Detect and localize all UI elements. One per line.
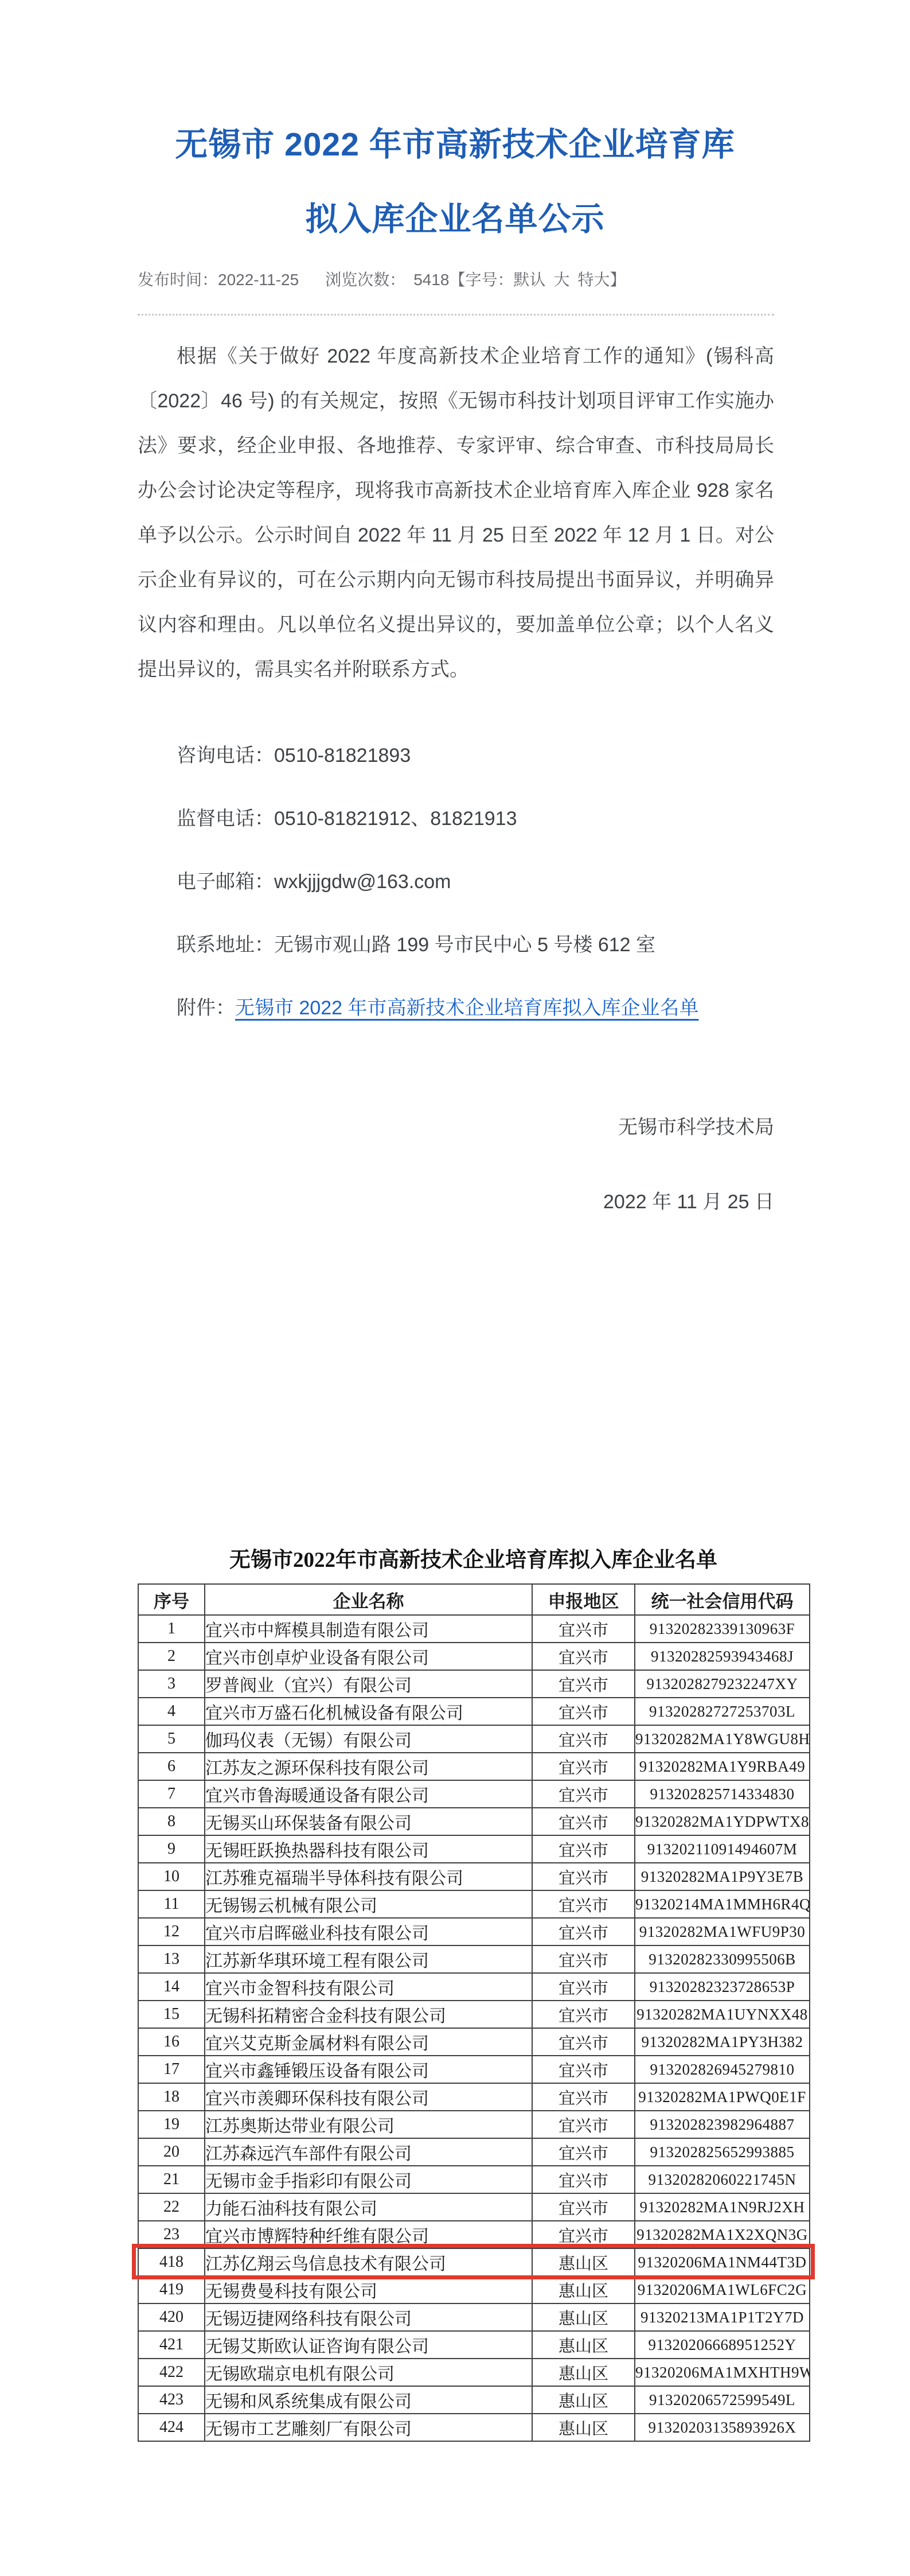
credit-code-cell: 91320282MA1Y8WGU8H	[635, 1725, 810, 1753]
company-name-cell: 宜兴市中辉模具制造有限公司	[205, 1615, 532, 1643]
row-index-cell: 421	[138, 2331, 205, 2359]
page-title-line2: 拟入库企业名单公示	[0, 182, 910, 256]
row-index-cell: 17	[138, 2056, 205, 2083]
region-cell: 宜兴市	[532, 1890, 635, 1918]
table-row: 421 无锡艾斯欧认证咨询有限公司 惠山区 91320206668951252Y	[138, 2331, 810, 2359]
region-cell: 宜兴市	[532, 2138, 635, 2166]
attachment-link[interactable]: 无锡市 2022 年市高新技术企业培育库拟入库企业名单	[235, 997, 699, 1019]
row-index-cell: 19	[138, 2111, 205, 2138]
header-region: 申报地区	[532, 1584, 635, 1615]
credit-code-cell: 913202825714334830	[635, 1780, 810, 1808]
credit-code-cell: 91320213MA1P1T2Y7D	[635, 2303, 810, 2331]
credit-code-cell: 91320214MA1MMH6R4Q	[635, 1890, 810, 1918]
credit-code-cell: 91320282593943468J	[635, 1643, 810, 1670]
row-index-cell: 2	[138, 1643, 205, 1670]
table-row: 3 罗普阀业（宜兴）有限公司 宜兴市 9132028279232247XY	[138, 1670, 810, 1698]
company-name-cell: 无锡市工艺雕刻厂有限公司	[205, 2414, 532, 2441]
table-row: 19 江苏奥斯达带业有限公司 宜兴市 913202823982964887	[138, 2111, 810, 2138]
table-row: 16 宜兴艾克斯金属材料有限公司 宜兴市 91320282MA1PY3H382	[138, 2028, 810, 2056]
table-row: 20 江苏森远汽车部件有限公司 宜兴市 913202825652993885	[138, 2138, 810, 2166]
table-row: 418 江苏亿翔云鸟信息技术有限公司 惠山区 91320206MA1NM44T3…	[138, 2248, 810, 2276]
credit-code-cell: 91320206668951252Y	[635, 2331, 810, 2359]
table-row: 15 无锡科拓精密合金科技有限公司 宜兴市 91320282MA1UYNXX48	[138, 2001, 810, 2028]
region-cell: 宜兴市	[532, 1808, 635, 1835]
region-cell: 宜兴市	[532, 1780, 635, 1808]
company-name-cell: 宜兴市鲁海暖通设备有限公司	[205, 1780, 532, 1808]
region-cell: 惠山区	[532, 2331, 635, 2359]
font-size-switcher: 【字号：默认大特大】	[449, 271, 626, 289]
table-row: 424 无锡市工艺雕刻厂有限公司 惠山区 91320203135893926X	[138, 2414, 810, 2441]
address-line: 联系地址：无锡市观山路 199 号市民中心 5 号楼 612 室	[138, 923, 774, 967]
publish-time-label: 发布时间：	[138, 271, 218, 289]
table-row: 23 宜兴市博辉特种纤维有限公司 宜兴市 91320282MA1X2XQN3G	[138, 2221, 810, 2248]
row-index-cell: 7	[138, 1780, 205, 1808]
credit-code-cell: 91320282MA1WFU9P30	[635, 1918, 810, 1945]
table-row: 420 无锡迈捷网络科技有限公司 惠山区 91320213MA1P1T2Y7D	[138, 2303, 810, 2331]
header-row: 序号 企业名称 申报地区 统一社会信用代码	[138, 1584, 810, 1615]
company-name-cell: 宜兴市金智科技有限公司	[205, 1973, 532, 2001]
region-cell: 宜兴市	[532, 1835, 635, 1863]
row-index-cell: 419	[138, 2276, 205, 2303]
header-credit-code: 统一社会信用代码	[635, 1584, 810, 1615]
page-title-line1: 无锡市 2022 年市高新技术企业培育库	[0, 107, 910, 182]
region-cell: 宜兴市	[532, 1670, 635, 1698]
credit-code-cell: 91320203135893926X	[635, 2414, 810, 2441]
view-count: 浏览次数：5418	[325, 271, 449, 289]
row-index-cell: 424	[138, 2414, 205, 2441]
region-cell: 宜兴市	[532, 2001, 635, 2028]
credit-code-cell: 91320282727253703L	[635, 1698, 810, 1725]
announcement-paragraph: 根据《关于做好 2022 年度高新技术企业培育工作的通知》(锡科高〔2022〕4…	[138, 334, 774, 692]
company-name-cell: 江苏友之源环保科技有限公司	[205, 1753, 532, 1780]
table-title: 无锡市2022年市高新技术企业培育库拟入库企业名单	[138, 1546, 809, 1575]
region-cell: 宜兴市	[532, 2083, 635, 2111]
company-name-cell: 罗普阀业（宜兴）有限公司	[205, 1670, 532, 1698]
supervise-phone-line: 监督电话：0510-81821912、81821913	[138, 796, 774, 841]
credit-code-cell: 91320282MA1P9Y3E7B	[635, 1863, 810, 1890]
company-name-cell: 江苏亿翔云鸟信息技术有限公司	[205, 2248, 532, 2276]
row-index-cell: 6	[138, 1753, 205, 1780]
company-table-body: 1 宜兴市中辉模具制造有限公司 宜兴市 91320282339130963F 2…	[138, 1615, 810, 2441]
row-index-cell: 18	[138, 2083, 205, 2111]
header-company: 企业名称	[205, 1584, 532, 1615]
view-count-value: 5418	[413, 271, 449, 289]
region-cell: 宜兴市	[532, 1753, 635, 1780]
company-name-cell: 无锡费曼科技有限公司	[205, 2276, 532, 2303]
table-row: 5 伽玛仪表（无锡）有限公司 宜兴市 91320282MA1Y8WGU8H	[138, 1725, 810, 1753]
row-index-cell: 422	[138, 2359, 205, 2386]
credit-code-cell: 91320282MA1UYNXX48	[635, 2001, 810, 2028]
credit-code-cell: 91320282323728653P	[635, 1973, 810, 2001]
region-cell: 宜兴市	[532, 2193, 635, 2221]
company-name-cell: 伽玛仪表（无锡）有限公司	[205, 1725, 532, 1753]
view-count-label: 浏览次数：	[325, 271, 405, 289]
row-index-cell: 423	[138, 2386, 205, 2414]
credit-code-cell: 91320282339130963F	[635, 1615, 810, 1643]
company-name-cell: 无锡科拓精密合金科技有限公司	[205, 2001, 532, 2028]
publish-time-value: 2022-11-25	[218, 271, 299, 289]
company-name-cell: 宜兴市启晖磁业科技有限公司	[205, 1918, 532, 1945]
row-index-cell: 1	[138, 1615, 205, 1643]
row-index-cell: 20	[138, 2138, 205, 2166]
credit-code-cell: 91320206MA1NM44T3D	[635, 2248, 810, 2276]
credit-code-cell: 91320282MA1X2XQN3G	[635, 2221, 810, 2248]
company-name-cell: 无锡旺跃换热器科技有限公司	[205, 1835, 532, 1863]
row-index-cell: 9	[138, 1835, 205, 1863]
consult-phone-line: 咨询电话：0510-81821893	[138, 733, 774, 778]
meta-spacer-small	[405, 271, 413, 289]
region-cell: 宜兴市	[532, 1973, 635, 2001]
region-cell: 宜兴市	[532, 1698, 635, 1725]
dotted-divider	[138, 314, 774, 316]
company-table-head: 序号 企业名称 申报地区 统一社会信用代码	[138, 1584, 810, 1615]
credit-code-cell: 91320282MA1PWQ0E1F	[635, 2083, 810, 2111]
font-size-option-large[interactable]: 大	[554, 271, 570, 289]
row-index-cell: 23	[138, 2221, 205, 2248]
row-index-cell: 12	[138, 1918, 205, 1945]
table-row: 22 力能石油科技有限公司 宜兴市 91320282MA1N9RJ2XH	[138, 2193, 810, 2221]
credit-code-cell: 91320206572599549L	[635, 2386, 810, 2414]
company-name-cell: 力能石油科技有限公司	[205, 2193, 532, 2221]
region-cell: 宜兴市	[532, 1615, 635, 1643]
table-row: 14 宜兴市金智科技有限公司 宜兴市 91320282323728653P	[138, 1973, 810, 2001]
table-row: 6 江苏友之源环保科技有限公司 宜兴市 91320282MA1Y9RBA49	[138, 1753, 810, 1780]
font-size-option-default[interactable]: 默认	[514, 271, 546, 289]
credit-code-cell: 91320206MA1MXHTH9W	[635, 2359, 810, 2386]
table-row: 7 宜兴市鲁海暖通设备有限公司 宜兴市 913202825714334830	[138, 1780, 810, 1808]
company-name-cell: 江苏森远汽车部件有限公司	[205, 2138, 532, 2166]
credit-code-cell: 91320282060221745N	[635, 2166, 810, 2193]
signature-organization: 无锡市科学技术局	[138, 1105, 774, 1150]
company-name-cell: 无锡欧瑞京电机有限公司	[205, 2359, 532, 2386]
region-cell: 惠山区	[532, 2303, 635, 2331]
region-cell: 惠山区	[532, 2276, 635, 2303]
row-index-cell: 420	[138, 2303, 205, 2331]
credit-code-cell: 9132028279232247XY	[635, 1670, 810, 1698]
company-name-cell: 宜兴市博辉特种纤维有限公司	[205, 2221, 532, 2248]
company-name-cell: 无锡艾斯欧认证咨询有限公司	[205, 2331, 532, 2359]
table-row: 11 无锡锡云机械有限公司 宜兴市 91320214MA1MMH6R4Q	[138, 1890, 810, 1918]
company-name-cell: 宜兴市万盛石化机械设备有限公司	[205, 1698, 532, 1725]
row-index-cell: 11	[138, 1890, 205, 1918]
company-table-wrap: 序号 企业名称 申报地区 统一社会信用代码 1 宜兴市中辉模具制造有限公司 宜兴…	[138, 1583, 809, 2442]
row-index-cell: 13	[138, 1945, 205, 1973]
region-cell: 宜兴市	[532, 1863, 635, 1890]
table-row: 2 宜兴市创卓炉业设备有限公司 宜兴市 91320282593943468J	[138, 1643, 810, 1670]
company-name-cell: 宜兴市鑫锤锻压设备有限公司	[205, 2056, 532, 2083]
table-row: 1 宜兴市中辉模具制造有限公司 宜兴市 91320282339130963F	[138, 1615, 810, 1643]
table-row: 13 江苏新华琪环境工程有限公司 宜兴市 91320282330995506B	[138, 1945, 810, 1973]
row-index-cell: 3	[138, 1670, 205, 1698]
company-name-cell: 无锡锡云机械有限公司	[205, 1890, 532, 1918]
table-row: 422 无锡欧瑞京电机有限公司 惠山区 91320206MA1MXHTH9W	[138, 2359, 810, 2386]
table-row: 9 无锡旺跃换热器科技有限公司 宜兴市 91320211091494607M	[138, 1835, 810, 1863]
table-row: 423 无锡和风系统集成有限公司 惠山区 91320206572599549L	[138, 2386, 810, 2414]
row-index-cell: 22	[138, 2193, 205, 2221]
company-name-cell: 宜兴市羡卿环保科技有限公司	[205, 2083, 532, 2111]
credit-code-cell: 91320282MA1YDPWTX8	[635, 1808, 810, 1835]
header-index: 序号	[138, 1584, 205, 1615]
table-row: 10 江苏雅克福瑞半导体科技有限公司 宜兴市 91320282MA1P9Y3E7…	[138, 1863, 810, 1890]
table-row: 419 无锡费曼科技有限公司 惠山区 91320206MA1WL6FC2G	[138, 2276, 810, 2303]
table-row: 18 宜兴市羡卿环保科技有限公司 宜兴市 91320282MA1PWQ0E1F	[138, 2083, 810, 2111]
credit-code-cell: 91320282MA1Y9RBA49	[635, 1753, 810, 1780]
page-title: 无锡市 2022 年市高新技术企业培育库 拟入库企业名单公示	[0, 0, 910, 256]
region-cell: 宜兴市	[532, 1918, 635, 1945]
region-cell: 宜兴市	[532, 1643, 635, 1670]
region-cell: 惠山区	[532, 2248, 635, 2276]
row-index-cell: 15	[138, 2001, 205, 2028]
credit-code-cell: 913202825652993885	[635, 2138, 810, 2166]
publish-time: 发布时间：2022-11-25	[138, 271, 299, 289]
region-cell: 惠山区	[532, 2359, 635, 2386]
company-name-cell: 无锡和风系统集成有限公司	[205, 2386, 532, 2414]
row-index-cell: 14	[138, 1973, 205, 2001]
meta-bar: 发布时间：2022-11-25 浏览次数：5418 【字号：默认大特大】	[138, 271, 774, 289]
company-name-cell: 无锡市金手指彩印有限公司	[205, 2166, 532, 2193]
company-name-cell: 江苏新华琪环境工程有限公司	[205, 1945, 532, 1973]
font-size-option-xlarge[interactable]: 特大	[578, 271, 610, 289]
row-index-cell: 4	[138, 1698, 205, 1725]
signature-date: 2022 年 11 月 25 日	[138, 1180, 774, 1224]
attachment-line: 附件：无锡市 2022 年市高新技术企业培育库拟入库企业名单	[138, 986, 774, 1030]
row-index-cell: 10	[138, 1863, 205, 1890]
row-index-cell: 16	[138, 2028, 205, 2056]
table-row: 21 无锡市金手指彩印有限公司 宜兴市 91320282060221745N	[138, 2166, 810, 2193]
region-cell: 惠山区	[532, 2386, 635, 2414]
announcement-body: 根据《关于做好 2022 年度高新技术企业培育工作的通知》(锡科高〔2022〕4…	[138, 334, 774, 1224]
company-table: 序号 企业名称 申报地区 统一社会信用代码 1 宜兴市中辉模具制造有限公司 宜兴…	[138, 1583, 810, 2442]
table-row: 17 宜兴市鑫锤锻压设备有限公司 宜兴市 913202826945279810	[138, 2056, 810, 2083]
region-cell: 宜兴市	[532, 1725, 635, 1753]
company-name-cell: 江苏奥斯达带业有限公司	[205, 2111, 532, 2138]
company-name-cell: 宜兴艾克斯金属材料有限公司	[205, 2028, 532, 2056]
row-index-cell: 8	[138, 1808, 205, 1835]
row-index-cell: 5	[138, 1725, 205, 1753]
company-name-cell: 宜兴市创卓炉业设备有限公司	[205, 1643, 532, 1670]
credit-code-cell: 91320282330995506B	[635, 1945, 810, 1973]
region-cell: 宜兴市	[532, 2056, 635, 2083]
credit-code-cell: 91320282MA1PY3H382	[635, 2028, 810, 2056]
row-index-cell: 418	[138, 2248, 205, 2276]
region-cell: 宜兴市	[532, 2028, 635, 2056]
region-cell: 宜兴市	[532, 2111, 635, 2138]
credit-code-cell: 913202823982964887	[635, 2111, 810, 2138]
company-name-cell: 江苏雅克福瑞半导体科技有限公司	[205, 1863, 532, 1890]
row-index-cell: 21	[138, 2166, 205, 2193]
credit-code-cell: 91320211091494607M	[635, 1835, 810, 1863]
credit-code-cell: 91320282MA1N9RJ2XH	[635, 2193, 810, 2221]
table-row: 4 宜兴市万盛石化机械设备有限公司 宜兴市 91320282727253703L	[138, 1698, 810, 1725]
company-name-cell: 无锡买山环保装备有限公司	[205, 1808, 532, 1835]
document-page: 无锡市 2022 年市高新技术企业培育库 拟入库企业名单公示 发布时间：2022…	[0, 0, 910, 2576]
region-cell: 宜兴市	[532, 1945, 635, 1973]
font-size-suffix: 】	[610, 271, 626, 289]
company-name-cell: 无锡迈捷网络科技有限公司	[205, 2303, 532, 2331]
table-row: 12 宜兴市启晖磁业科技有限公司 宜兴市 91320282MA1WFU9P30	[138, 1918, 810, 1945]
region-cell: 宜兴市	[532, 2221, 635, 2248]
table-row: 8 无锡买山环保装备有限公司 宜兴市 91320282MA1YDPWTX8	[138, 1808, 810, 1835]
region-cell: 宜兴市	[532, 2166, 635, 2193]
font-size-prefix: 【字号：	[449, 271, 513, 289]
credit-code-cell: 913202826945279810	[635, 2056, 810, 2083]
region-cell: 惠山区	[532, 2414, 635, 2441]
credit-code-cell: 91320206MA1WL6FC2G	[635, 2276, 810, 2303]
attachment-label: 附件：	[177, 997, 235, 1019]
email-line: 电子邮箱：wxkjjjgdw@163.com	[138, 859, 774, 904]
